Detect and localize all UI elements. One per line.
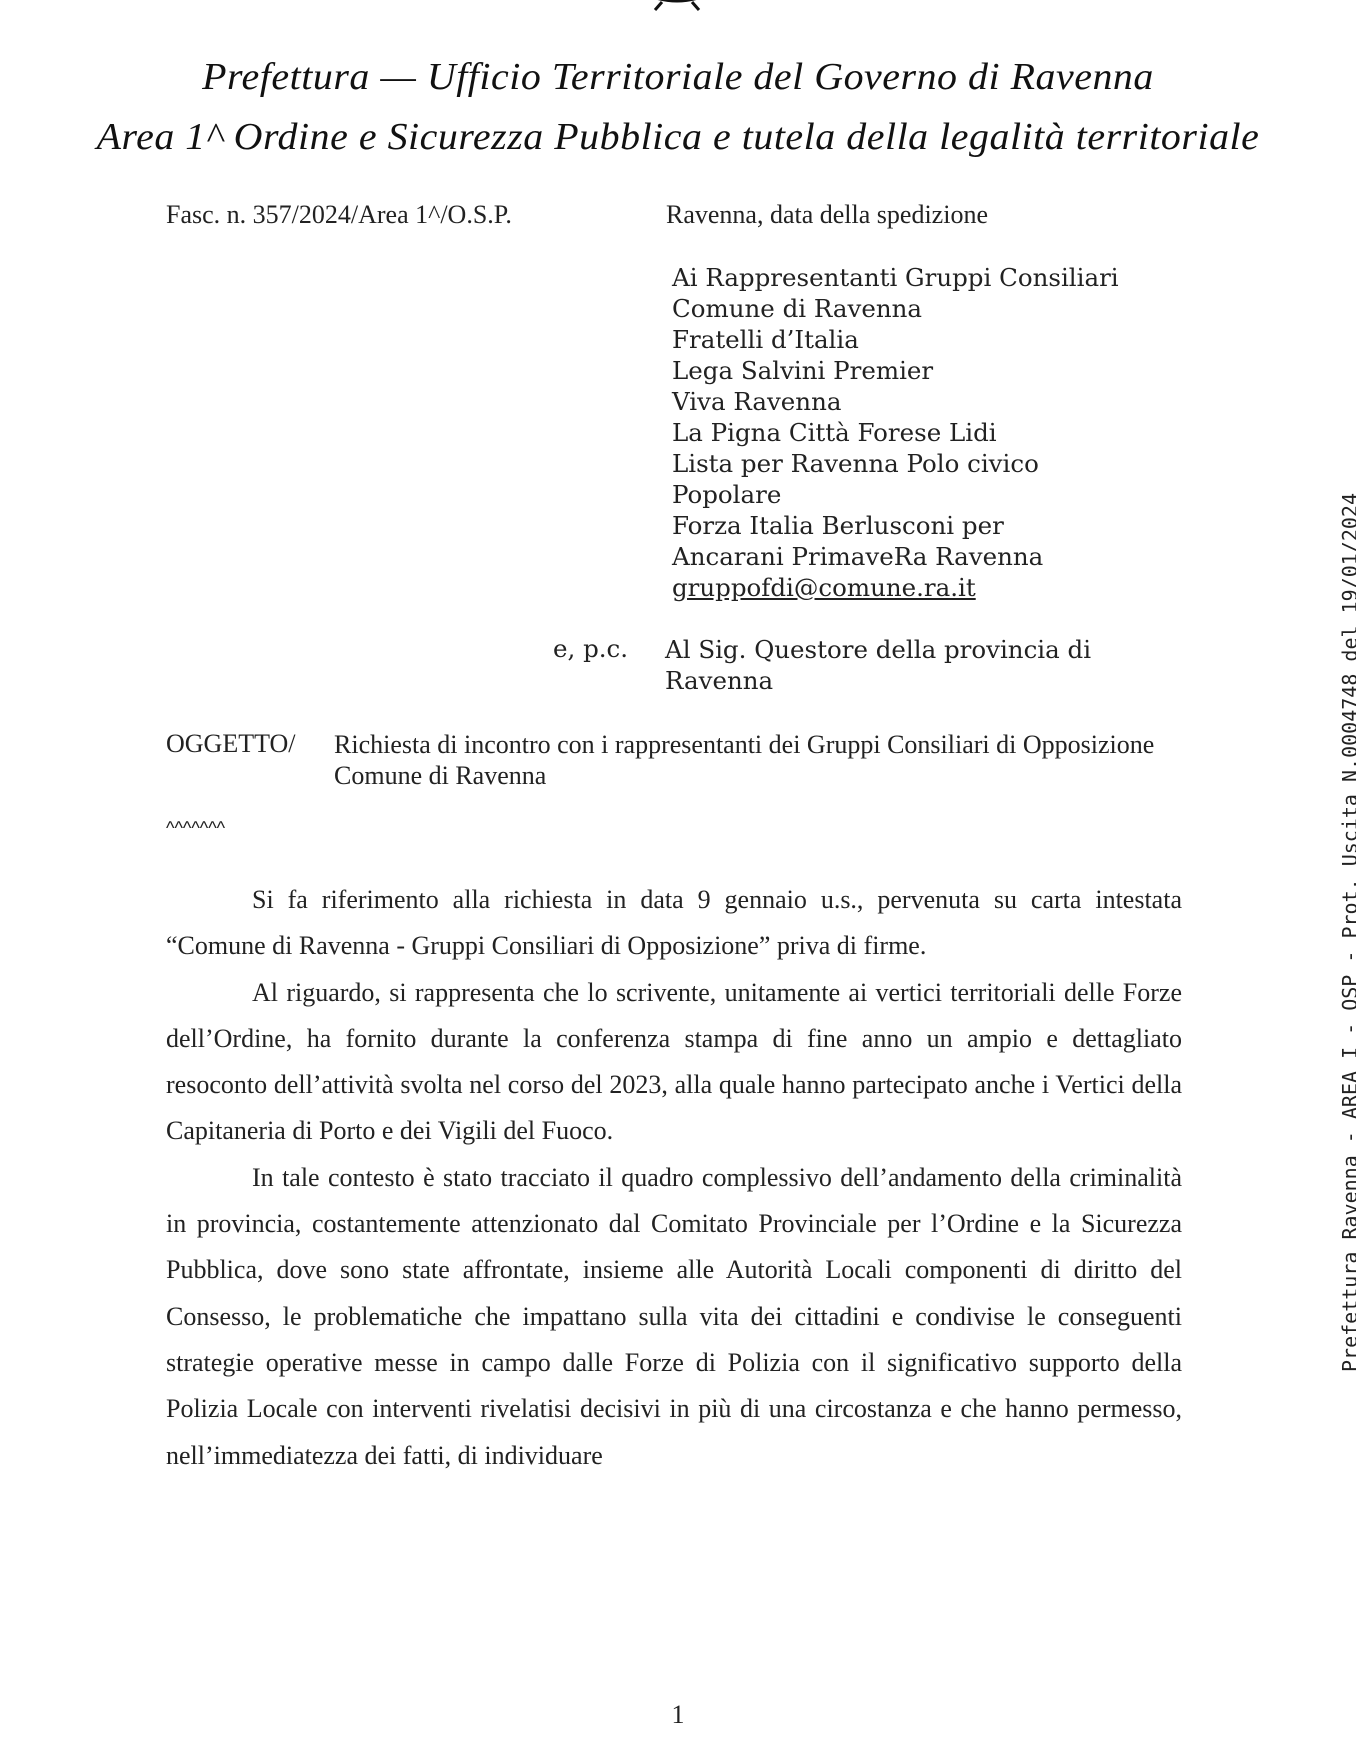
recipient-line: Forza Italia Berlusconi per xyxy=(672,510,1119,541)
page-number: 1 xyxy=(0,1700,1356,1730)
letter-body: Si fa riferimento alla richiesta in data… xyxy=(166,877,1182,1479)
recipient-line: Fratelli d’Italia xyxy=(672,324,1119,355)
body-paragraph: Al riguardo, si rappresenta che lo scriv… xyxy=(166,970,1182,1155)
recipient-line: Lista per Ravenna Polo civico xyxy=(672,448,1119,479)
cc-recipient: Al Sig. Questore della provincia di Rave… xyxy=(665,634,1091,696)
protocol-stamp: Prefettura Ravenna - AREA I - OSP - Prot… xyxy=(1338,493,1356,1372)
cc-line: Al Sig. Questore della provincia di xyxy=(665,634,1091,665)
place-date: Ravenna, data della spedizione xyxy=(666,200,988,230)
recipient-line: La Pigna Città Forese Lidi xyxy=(672,417,1119,448)
italian-republic-emblem-icon xyxy=(627,0,727,12)
cc-label: e, p.c. xyxy=(553,634,628,663)
recipient-line: Popolare xyxy=(672,479,1119,510)
recipient-line: Ai Rappresentanti Gruppi Consiliari xyxy=(672,262,1119,293)
recipient-line: Ancarani PrimaveRa Ravenna xyxy=(672,541,1119,572)
recipient-line: Lega Salvini Premier xyxy=(672,355,1119,386)
cc-line: Ravenna xyxy=(665,665,1091,696)
recipient-line: Viva Ravenna xyxy=(672,386,1119,417)
letterhead-line-2: Area 1^ Ordine e Sicurezza Pubblica e tu… xyxy=(0,115,1356,159)
file-reference: Fasc. n. 357/2024/Area 1^/O.S.P. xyxy=(166,200,512,230)
recipient-line: Comune di Ravenna xyxy=(672,293,1119,324)
section-separator: ^^^^^^^ xyxy=(166,818,225,839)
body-paragraph: Si fa riferimento alla richiesta in data… xyxy=(166,877,1182,970)
subject-text: Richiesta di incontro con i rappresentan… xyxy=(334,729,1204,791)
body-paragraph: In tale contesto è stato tracciato il qu… xyxy=(166,1155,1182,1479)
subject-label: OGGETTO/ xyxy=(166,729,296,759)
recipients-block: Ai Rappresentanti Gruppi Consiliari Comu… xyxy=(672,262,1119,603)
letterhead-line-1: Prefettura — Ufficio Territoriale del Go… xyxy=(0,55,1356,99)
recipient-email-link[interactable]: gruppofdi@comune.ra.it xyxy=(672,573,976,602)
